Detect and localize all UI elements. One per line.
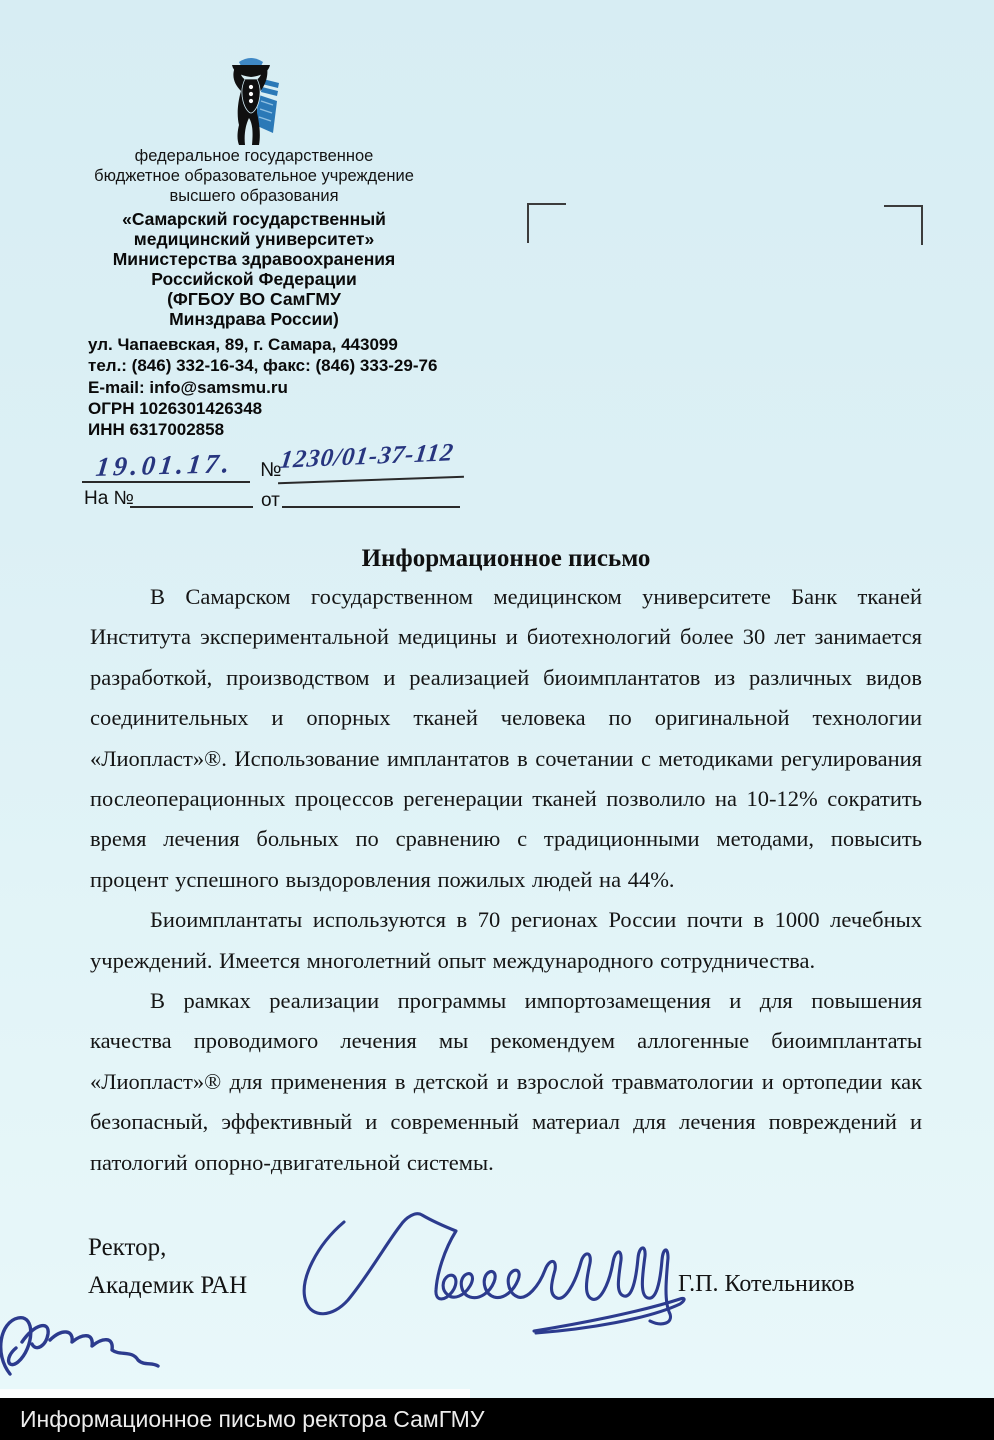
number-underline [278, 476, 464, 484]
address-line: ОГРН 1026301426348 [88, 398, 437, 419]
org-line-bold: Минздрава России) [28, 309, 480, 329]
org-line: бюджетное образовательное учреждение [28, 166, 480, 186]
from-date-underline [282, 506, 460, 508]
reply-number-underline [130, 506, 253, 508]
letter-title: Информационное письмо [90, 545, 922, 573]
signer-position-line2: Академик РАН [88, 1272, 247, 1300]
scan-artifact-strip [0, 1389, 470, 1398]
handwritten-date: 19.01.17. [94, 448, 235, 483]
scanned-letter-page: федеральное государственное бюджетное об… [0, 0, 994, 1440]
caption-bar: Информационное письмо ректора СамГМУ [0, 1398, 994, 1440]
address-line: ул. Чапаевская, 89, г. Самара, 443099 [88, 334, 437, 355]
reply-to-label: На № [84, 488, 134, 510]
org-line: федеральное государственное [28, 146, 480, 166]
signer-name: Г.П. Котельников [678, 1271, 855, 1298]
org-line-bold: Министерства здравоохранения [28, 249, 480, 269]
org-line: высшего образования [28, 186, 480, 206]
from-label: от [261, 490, 280, 512]
body-paragraph: Биоимплантаты используются в 70 регионах… [90, 900, 922, 981]
address-line: E-mail: info@samsmu.ru [88, 377, 437, 398]
addressee-corner-mark-left [527, 203, 566, 243]
letterhead-org-block: федеральное государственное бюджетное об… [28, 146, 480, 329]
handwritten-outgoing-number: 1230/01-37-112 [278, 439, 455, 475]
addressee-corner-mark-right [884, 205, 923, 245]
address-line: ИНН 6317002858 [88, 419, 437, 440]
secondary-signature-scribble [0, 1306, 207, 1386]
org-line-bold: (ФГБОУ ВО СамГМУ [28, 289, 480, 309]
rector-signature [296, 1200, 686, 1340]
date-underline [82, 481, 250, 483]
letterhead-address-block: ул. Чапаевская, 89, г. Самара, 443099 те… [88, 334, 437, 440]
body-paragraph: В рамках реализации программы импортозам… [90, 981, 922, 1183]
org-line-bold: Российской Федерации [28, 269, 480, 289]
signer-position-line1: Ректор, [88, 1234, 166, 1262]
org-line-bold: «Самарский государственный [28, 209, 480, 229]
body-paragraph: В Самарском государственном медицинском … [90, 577, 922, 900]
university-emblem-logo [219, 54, 283, 148]
caption-text: Информационное письмо ректора СамГМУ [20, 1406, 484, 1433]
letter-body: В Самарском государственном медицинском … [90, 577, 922, 1183]
reference-block: 19.01.17. № 1230/01-37-112 На № от [84, 448, 484, 518]
address-line: тел.: (846) 332-16-34, факс: (846) 333-2… [88, 355, 437, 376]
org-line-bold: медицинский университет» [28, 229, 480, 249]
